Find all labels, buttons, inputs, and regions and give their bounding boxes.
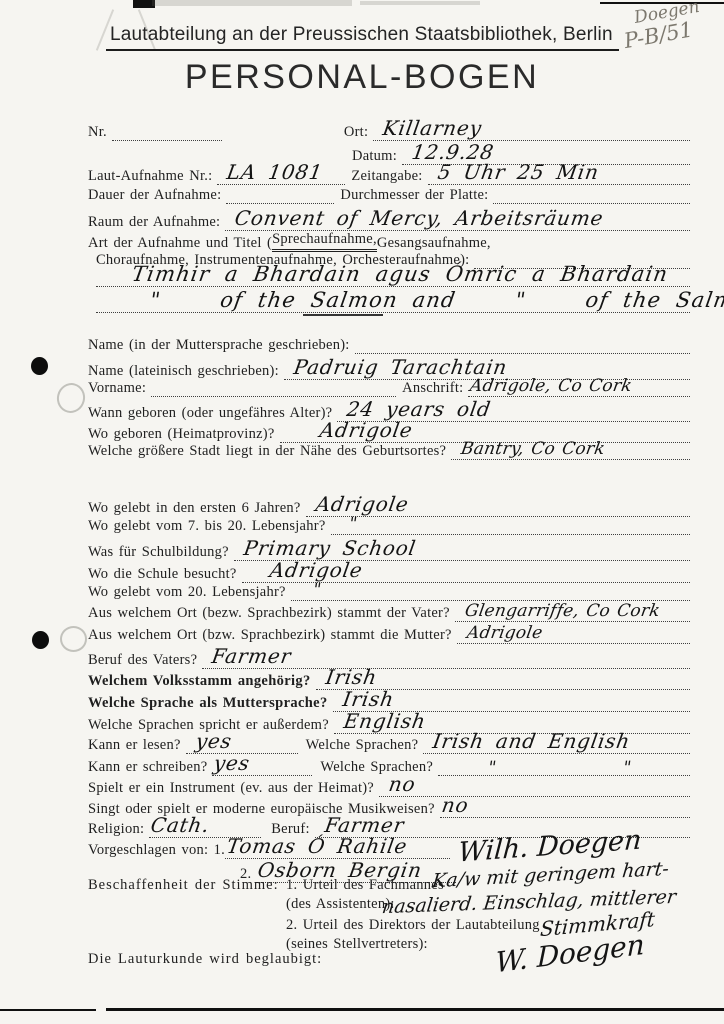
punch-hole-ghost	[60, 626, 87, 652]
field-stadt-value: Bantry, Co Cork	[450, 441, 610, 458]
field-instrument-value: no	[377, 774, 421, 794]
field-schule-line: Adrigole	[242, 560, 690, 583]
field-durchmesser-label: Durchmesser der Platte:	[334, 187, 493, 204]
field-vorgeschlagen1-line: Tomas Ó Rahile	[225, 836, 450, 859]
field-beruf-value: Farmer	[313, 815, 409, 835]
field-nr-label: Nr.	[88, 124, 112, 141]
field-muttersprache-label: Welche Sprache als Muttersprache?	[88, 695, 333, 712]
field-zeit-label: Zeitangabe:	[345, 168, 427, 185]
pencil-catalog-note: Doegen P-B/51	[619, 0, 720, 52]
field-vater-value: Glengarriffe, Co Cork	[453, 603, 664, 620]
scan-smudge	[152, 0, 352, 6]
field-instrument-line: no	[379, 774, 690, 797]
field-vater-label: Aus welchem Ort (bezw. Sprachbezirk) sta…	[88, 605, 455, 622]
field-title-english-line: " of the Salmon and " of the Salmon	[96, 290, 690, 313]
field-ab20-value: "	[289, 582, 326, 599]
institution-header: Lautabteilung an der Preussischen Staats…	[106, 24, 619, 51]
field-zeit-value: 5 Uhr 25 Min	[426, 162, 604, 182]
row-vater-herkunft: Aus welchem Ort (bezw. Sprachbezirk) sta…	[88, 603, 690, 622]
form-title: PERSONAL-BOGEN	[0, 58, 724, 97]
field-anschrift-label: Anschrift:	[396, 380, 468, 397]
field-raum-line: Convent of Mercy, Arbeitsräume	[225, 208, 690, 231]
field-musikweisen-value: no	[438, 795, 474, 815]
punch-hole	[31, 357, 48, 375]
punch-hole	[32, 631, 49, 649]
field-volksstamm-value: Irish	[314, 667, 382, 687]
field-lesen-which-line: Irish and English	[423, 731, 690, 754]
row-lautaufnahme: Laut-Aufnahme Nr.: LA 1081 Zeitangabe: 5…	[88, 162, 690, 185]
field-urteil2-line1: 2. Urteil des Direktors der Lautabteilun…	[286, 917, 540, 934]
field-vorgeschlagen-label: Vorgeschlagen von: 1.	[88, 842, 225, 859]
field-ab20-line: "	[291, 582, 690, 601]
field-title-irish-line: Timhir a Bhardain agus Ómric a Bhardain	[96, 264, 690, 287]
row-art-line1: Art der Aufnahme und Titel ( Sprechaufna…	[88, 231, 690, 252]
row-dauer-durchmesser: Dauer der Aufnahme: Durchmesser der Plat…	[88, 187, 690, 204]
field-lesen-which-label: Welche Sprachen?	[298, 737, 424, 754]
field-erste6-label: Wo gelebt in den ersten 6 Jahren?	[88, 500, 306, 517]
row-title-english: " of the Salmon and " of the Salmon	[96, 290, 690, 313]
field-ort-value: Killarney	[372, 118, 488, 138]
field-schulbildung-label: Was für Schulbildung?	[88, 544, 234, 561]
row-schule: Wo die Schule besucht? Adrigole	[88, 560, 690, 583]
field-raum-value: Convent of Mercy, Arbeitsräume	[224, 208, 610, 228]
title-emphasis-underline	[303, 314, 383, 316]
field-ort-line: Killarney	[373, 118, 690, 141]
field-mutter-line: Adrigole	[457, 625, 690, 644]
field-lesen-label: Kann er lesen?	[88, 737, 186, 754]
field-stadt-line: Bantry, Co Cork	[451, 441, 690, 460]
field-vater-line: Glengarriffe, Co Cork	[455, 603, 690, 622]
field-name-latein-value: Padruig Tarachtain	[282, 357, 512, 377]
field-muttersprache-value: Irish	[331, 689, 399, 709]
field-ab20-label: Wo gelebt vom 20. Lebensjahr?	[88, 584, 291, 601]
field-nr-line	[112, 140, 222, 141]
row-name-muttersprache: Name (in der Muttersprache geschrieben):	[88, 337, 690, 354]
field-beruf-vaters-line: Farmer	[202, 646, 690, 669]
field-lesen-which-value: Irish and English	[422, 731, 636, 751]
field-art-prefix: Art der Aufnahme und Titel (	[88, 235, 272, 252]
row-instrument: Spielt er ein Instrument (ev. aus der He…	[88, 774, 690, 797]
row-schreiben: Kann er schreiben? yes Welche Sprachen? …	[88, 753, 690, 776]
field-beruf-vaters-value: Farmer	[201, 646, 297, 666]
row-lesen: Kann er lesen? yes Welche Sprachen? Iris…	[88, 731, 690, 754]
row-vorname-anschrift: Vorname: Anschrift: Adrigole, Co Cork	[88, 378, 690, 397]
row-nr-ort: Nr. Ort: Killarney	[88, 118, 690, 141]
row-raum: Raum der Aufnahme: Convent of Mercy, Arb…	[88, 208, 690, 231]
field-lesen-value: yes	[184, 731, 237, 751]
field-urteil1-line2: (des Assistenten):	[286, 896, 395, 913]
field-schreiben-value: yes	[211, 753, 256, 773]
row-title-irish: Timhir a Bhardain agus Ómric a Bhardain	[96, 264, 690, 287]
field-durchmesser-line	[493, 203, 690, 204]
field-lautnr-line: LA 1081	[217, 162, 345, 185]
field-anschrift-value: Adrigole, Co Cork	[467, 378, 637, 395]
field-volksstamm-label: Welchem Volksstamm angehörig?	[88, 673, 316, 690]
field-erste6-value: Adrigole	[304, 494, 414, 514]
field-ort-label: Ort:	[344, 124, 373, 141]
field-vorgeschlagen1-value: Tomas Ó Rahile	[223, 836, 412, 856]
field-zeit-line: 5 Uhr 25 Min	[428, 162, 690, 185]
field-religion-value: Cath.	[148, 815, 216, 835]
field-stadt-label: Welche größere Stadt liegt in der Nähe d…	[88, 443, 451, 460]
field-anschrift-line: Adrigole, Co Cork	[468, 378, 690, 397]
field-schreiben-line: yes	[212, 753, 312, 776]
field-schule-value: Adrigole	[240, 560, 368, 580]
field-urteil1-line1: 1. Urteil des Fachmannes	[286, 877, 444, 894]
row-mutter-herkunft: Aus welchem Ort (bzw. Sprachbezirk) stam…	[88, 625, 690, 644]
field-weitere-sprachen-value: English	[332, 711, 431, 731]
field-name-mutter-label: Name (in der Muttersprache geschrieben):	[88, 337, 355, 354]
row-schulbildung: Was für Schulbildung? Primary School	[88, 538, 690, 561]
field-datum-value: 12.9.28	[400, 142, 499, 162]
field-vorname-label: Vorname:	[88, 380, 151, 397]
scan-smudge	[360, 1, 480, 5]
punch-hole-ghost	[54, 380, 88, 416]
field-mutter-label: Aus welchem Ort (bzw. Sprachbezirk) stam…	[88, 627, 457, 644]
field-title-english-value: " of the Salmon and " of the Salmon	[94, 290, 724, 311]
field-wann-geboren-value: 24 years old	[336, 399, 497, 419]
field-title-irish-value: Timhir a Bhardain agus Ómric a Bhardain	[94, 264, 673, 285]
field-bis20-line: "	[331, 516, 690, 535]
field-name-mutter-line	[355, 353, 690, 354]
field-schulbildung-value: Primary School	[232, 538, 421, 558]
field-raum-label: Raum der Aufnahme:	[88, 214, 225, 231]
field-dauer-line	[226, 203, 334, 204]
field-beschaffenheit-label: Beschaffenheit der Stimme:	[88, 877, 279, 894]
row-ab20: Wo gelebt vom 20. Lebensjahr? "	[88, 582, 690, 601]
row-erste6: Wo gelebt in den ersten 6 Jahren? Adrigo…	[88, 494, 690, 517]
row-beruf-vaters: Beruf des Vaters? Farmer	[88, 646, 690, 669]
personal-bogen-scan: Doegen P-B/51 Lautabteilung an der Preus…	[0, 0, 724, 1024]
field-art-suffix: Gesangsaufnahme,	[377, 235, 496, 252]
scan-bottom-line	[106, 1008, 724, 1011]
field-erste6-line: Adrigole	[306, 494, 690, 517]
field-beglaubigt-label: Die Lauturkunde wird beglaubigt:	[88, 951, 322, 968]
field-bis20-value: "	[329, 516, 362, 533]
scan-bottom-line	[0, 1009, 96, 1011]
row-stadt: Welche größere Stadt liegt in der Nähe d…	[88, 441, 690, 460]
field-bis20-label: Wo gelebt vom 7. bis 20. Lebensjahr?	[88, 518, 331, 535]
field-art-sprechaufnahme: Sprechaufnahme,	[272, 231, 377, 252]
field-wo-geboren-value: Adrigole	[278, 420, 418, 440]
field-schule-label: Wo die Schule besucht?	[88, 566, 242, 583]
field-lautnr-label: Laut-Aufnahme Nr.:	[88, 168, 217, 185]
signature-w-doegen: W. Doegen	[495, 931, 644, 978]
field-mutter-value: Adrigole	[455, 625, 547, 642]
field-lautnr-value: LA 1081	[216, 162, 329, 182]
field-dauer-label: Dauer der Aufnahme:	[88, 187, 226, 204]
row-bis20: Wo gelebt vom 7. bis 20. Lebensjahr? "	[88, 516, 690, 535]
